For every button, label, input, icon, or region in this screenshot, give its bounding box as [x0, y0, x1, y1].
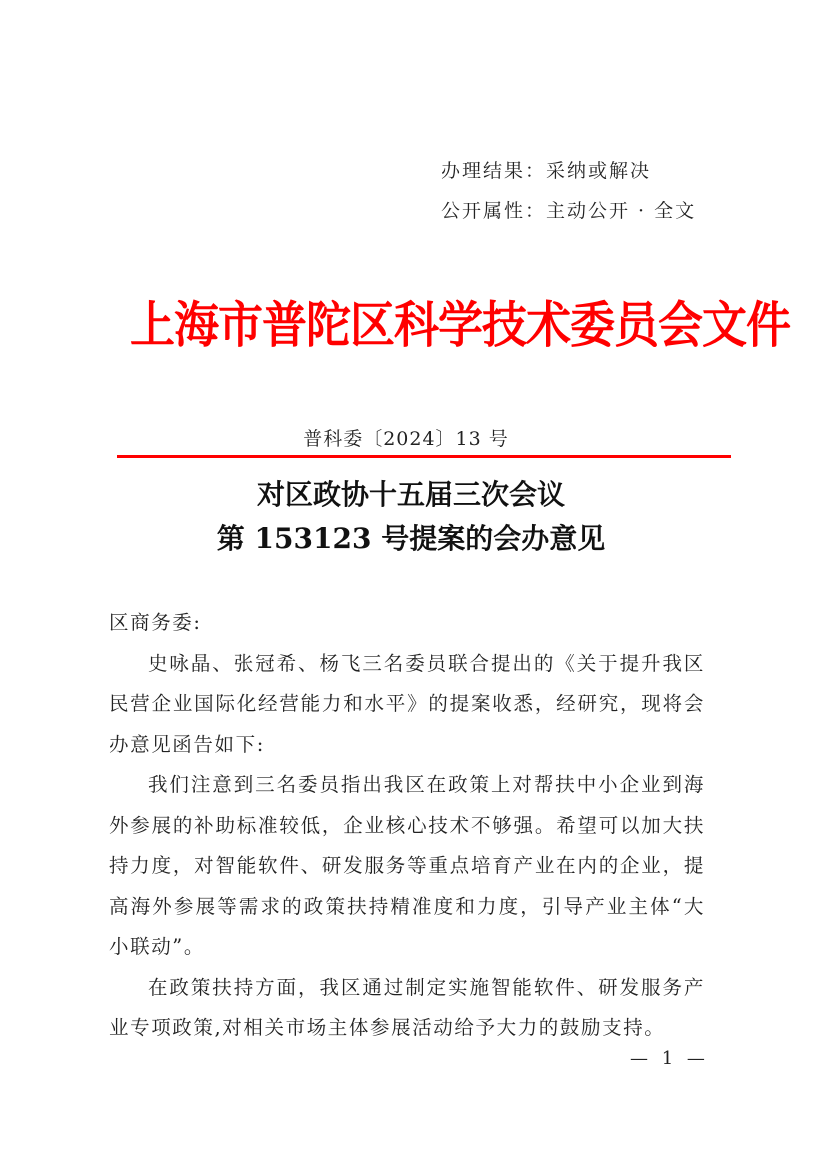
- disclosure-attribute: 公开属性：主动公开 · 全文: [441, 196, 696, 223]
- document-title-line-2: 第 153123 号提案的会办意见: [0, 517, 822, 557]
- body-paragraph: 史咏晶、张冠希、杨飞三名委员联合提出的《关于提升我区民营企业国际化经营能力和水平…: [109, 644, 705, 766]
- red-divider-line: [117, 455, 731, 458]
- document-number: 普科委〔2024〕13 号: [0, 424, 822, 451]
- issuing-organization-title: 上海市普陀区科学技术委员会文件: [130, 285, 740, 357]
- document-body: 区商务委: 史咏晶、张冠希、杨飞三名委员联合提出的《关于提升我区民营企业国际化经…: [109, 603, 705, 1049]
- salutation: 区商务委:: [109, 603, 705, 644]
- document-number-text: 普科委〔2024〕13 号: [303, 424, 509, 451]
- handling-result: 办理结果：采纳或解决: [441, 156, 651, 183]
- body-paragraph: 我们注意到三名委员指出我区在政策上对帮扶中小企业到海外参展的补助标准较低，企业核…: [109, 765, 705, 968]
- body-paragraph: 在政策扶持方面，我区通过制定实施智能软件、研发服务产业专项政策,对相关市场主体参…: [109, 968, 705, 1049]
- document-title-line-1: 对区政协十五届三次会议: [0, 473, 822, 513]
- page-number: — 1 —: [630, 1048, 709, 1069]
